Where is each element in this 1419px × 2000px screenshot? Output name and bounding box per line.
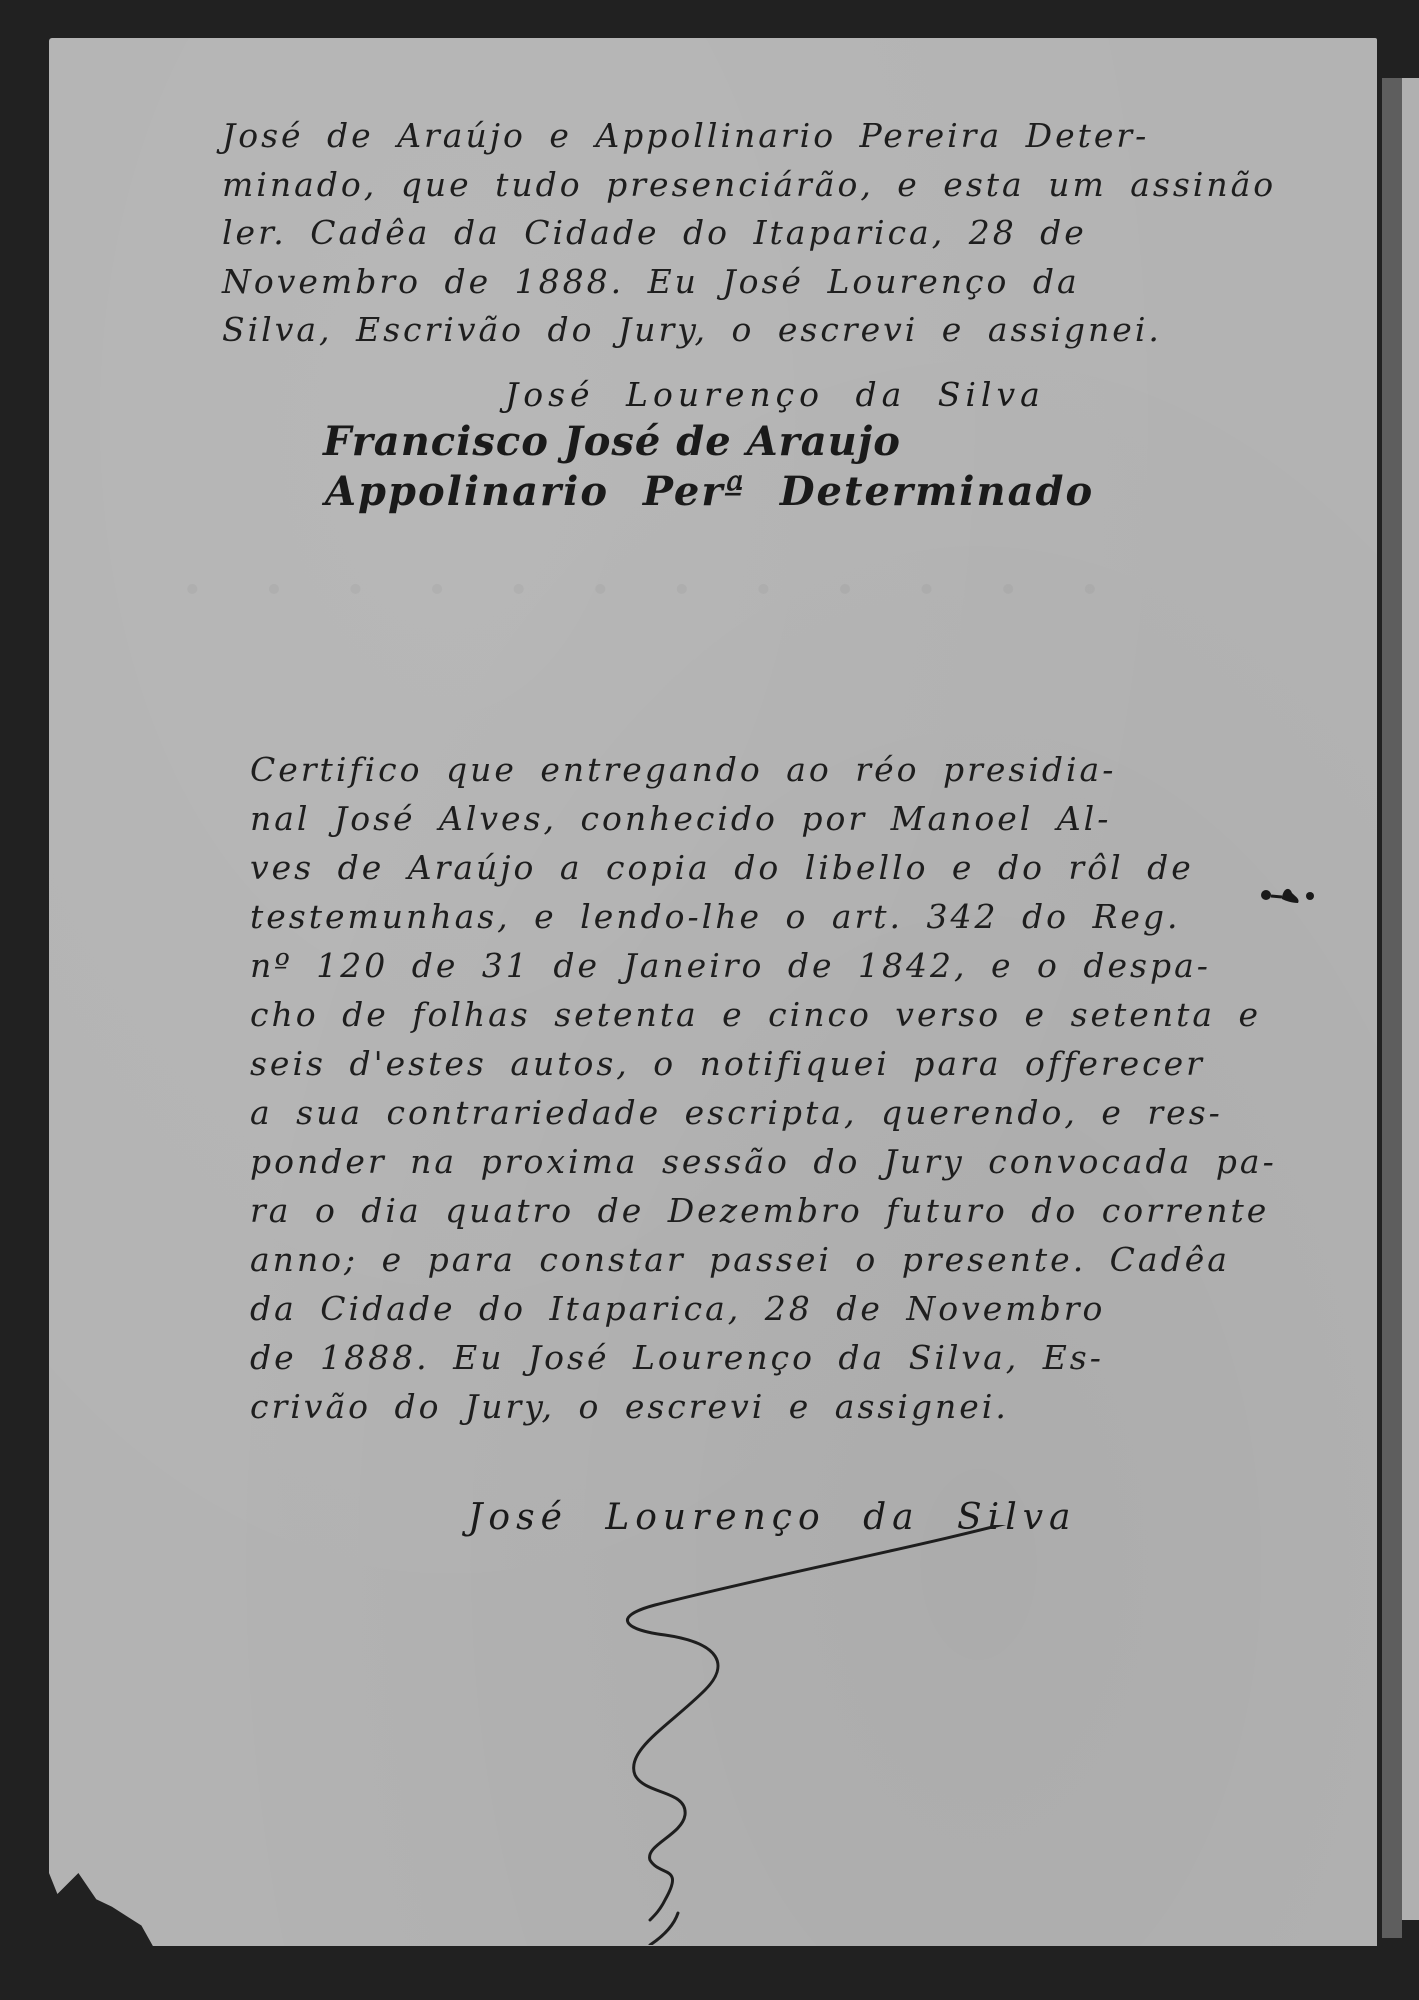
adjacent-page-edge (1402, 78, 1419, 1920)
scanned-page: · · · · · · · · · · · · José de Araújo e… (0, 0, 1419, 2000)
witness-signature-1: Francisco José de Araujo (323, 418, 901, 465)
binding-gutter (1382, 78, 1402, 1938)
text-line: minado, que tudo presenciárão, e esta um… (222, 161, 1276, 210)
faint-bleed-through: · · · · · · · · · · · · (180, 545, 1118, 635)
certificate-paragraph: Certifico que entregando ao réo presidia… (250, 745, 1277, 1431)
text-line: ler. Cadêa da Cidade do Itaparica, 28 de (222, 209, 1276, 258)
rubric-flourish-icon (420, 1525, 1060, 1945)
text-line: nal José Alves, conhecido por Manoel Al- (250, 794, 1277, 843)
text-line: da Cidade do Itaparica, 28 de Novembro (250, 1284, 1277, 1333)
text-line: crivão do Jury, o escrevi e assignei. (250, 1382, 1277, 1431)
clerk-signature: José Lourenço da Silva (505, 375, 1045, 414)
text-line: testemunhas, e lendo-lhe o art. 342 do R… (250, 892, 1277, 941)
witness-signature-2: Appolinario Perª Determinado (325, 468, 1094, 515)
text-line: Certifico que entregando ao réo presidia… (250, 745, 1277, 794)
text-line: anno; e para constar passei o presente. … (250, 1235, 1277, 1284)
text-line: José de Araújo e Appollinario Pereira De… (222, 112, 1276, 161)
text-line: Silva, Escrivão do Jury, o escrevi e ass… (222, 306, 1276, 355)
text-line: ves de Araújo a copia do libello e do rô… (250, 843, 1277, 892)
top-paragraph: José de Araújo e Appollinario Pereira De… (222, 112, 1276, 355)
text-line: nº 120 de 31 de Janeiro de 1842, e o des… (250, 941, 1277, 990)
text-line: cho de folhas setenta e cinco verso e se… (250, 990, 1277, 1039)
ink-stain (1258, 885, 1316, 907)
text-line: de 1888. Eu José Lourenço da Silva, Es- (250, 1333, 1277, 1382)
text-line: seis d'estes autos, o notifiquei para of… (250, 1039, 1277, 1088)
text-line: Novembro de 1888. Eu José Lourenço da (222, 258, 1276, 307)
text-line: ra o dia quatro de Dezembro futuro do co… (250, 1186, 1277, 1235)
text-line: ponder na proxima sessão do Jury convoca… (250, 1137, 1277, 1186)
text-line: a sua contrariedade escripta, querendo, … (250, 1088, 1277, 1137)
